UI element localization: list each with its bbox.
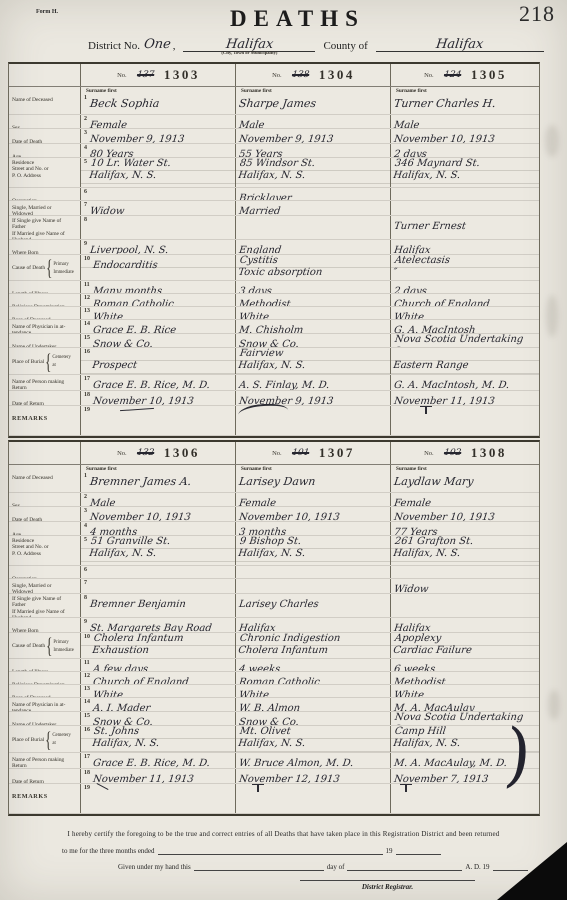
row-number: 1 [84, 472, 87, 479]
given-under-hand-line: Given under my hand this day of A. D. 19 [0, 863, 567, 871]
form-row-7: Single, Married or Widowed7WidowMarried [9, 201, 539, 216]
field-cell: 551 Granville St. Halifax, N. S. [81, 536, 236, 565]
field-cell: M. Chisholm [236, 320, 391, 333]
value-line: 2 days [394, 281, 537, 293]
handwritten-value: White [393, 312, 424, 319]
given-label: Given under my hand this [118, 863, 191, 871]
value-line: Female [239, 493, 388, 506]
form-row-6: Occupation6 [9, 566, 539, 579]
field-cell: 15Snow & Co. [81, 334, 236, 347]
record-number-row-spacer [9, 64, 81, 86]
handwritten-value: Atelectasis ″ [393, 255, 451, 279]
row-label: Name of Deceased [9, 87, 81, 114]
field-cell: A. S. Finlay, M. D. [236, 375, 391, 390]
row-number: 10 [84, 633, 90, 640]
field-cell: Halifax [391, 240, 539, 254]
record-number-cell: No.1321306 [81, 442, 236, 464]
row-label-text: Race of Deceased [12, 316, 50, 319]
handwritten-value: Married [238, 206, 281, 215]
row-number: 17 [84, 753, 90, 760]
field-cell: Mt. Olivet Halifax, N. S. [236, 726, 391, 752]
stamped-register-number: 1308 [471, 445, 507, 461]
row-number: 6 [84, 566, 87, 573]
field-cell: 77 Years [391, 522, 539, 535]
value-line: Nova Scotia Undertaking Co. [394, 334, 537, 347]
field-cell: England [236, 240, 391, 254]
county-label: County of [323, 40, 367, 52]
brace-group: PrimaryImmediate [46, 638, 74, 654]
value-line: 8 [84, 216, 233, 234]
brace-group: Cemeteryat [45, 732, 71, 748]
row-label-text: Sex [12, 124, 20, 128]
value-line: November 9, 1913 [239, 391, 388, 405]
value-line: W. B. Almon [239, 698, 388, 711]
value-line: Laydlaw Mary [394, 472, 537, 490]
register-table: No.1371303No.1381304No.1241305Name of De… [8, 62, 540, 816]
handwritten-value: 51 Granville St. Halifax, N. S. [89, 536, 171, 560]
ad-label: A. D. 19 [465, 863, 489, 871]
field-cell: Eastern Range [391, 348, 539, 374]
blank-line [347, 863, 462, 871]
row-number: 8 [84, 216, 87, 223]
field-cell: Surname firstSharpe James [236, 87, 391, 114]
row-label-text: Name of Person making Return [12, 378, 64, 390]
row-label: Date of Return [9, 769, 81, 783]
row-label: Length of Illness [9, 659, 81, 671]
value-line: 261 Grafton St. Halifax, N. S. [394, 536, 537, 561]
row-label-text: Single, Married or Widowed [12, 582, 51, 593]
value-line: 17Grace E. B. Rice, M. D. [84, 753, 233, 768]
row-label-text: REMARKS [12, 415, 48, 423]
handwritten-value: Sharpe James [238, 98, 317, 110]
form-row-13: Race of Deceased13WhiteWhiteWhite [9, 685, 539, 698]
struck-register-number: 102 [443, 448, 461, 458]
value-line: Methodist [394, 672, 537, 684]
form-row-1: Name of DeceasedSurname first1Bremner Ja… [9, 465, 539, 493]
row-label: Name of Person making Return [9, 375, 81, 390]
row-number: 6 [84, 188, 87, 195]
signature-line [300, 880, 475, 881]
field-cell: 9 Bishop St. Halifax, N. S. [236, 536, 391, 565]
blank-line [396, 847, 441, 855]
row-label: Age [9, 144, 81, 157]
struck-register-number: 132 [136, 448, 154, 458]
handwritten-value: W. Bruce Almon, M. D. [238, 758, 354, 768]
form-row-10: Cause of DeathPrimaryImmediate10Cholera … [9, 633, 539, 659]
brace-item-labels: PrimaryImmediate [53, 640, 74, 653]
field-cell: 2Male [81, 493, 236, 506]
value-line: November 10, 1913 [394, 129, 537, 143]
field-cell: Church of England [391, 294, 539, 306]
row-label: Age [9, 522, 81, 535]
field-cell: 11Many months [81, 281, 236, 293]
page-number: 218 [519, 1, 555, 27]
field-cell: 12Roman Catholic [81, 294, 236, 306]
value-line: 19 [84, 784, 233, 802]
row-label-text: Name of Undertaker [12, 343, 56, 347]
field-cell: 18November 11, 1913 [81, 769, 236, 783]
handwritten-value: Widow [89, 206, 125, 215]
row-label-text: If Single give Name of Father If Married… [12, 217, 65, 239]
field-cell: Roman Catholic [236, 672, 391, 684]
row-label: If Single give Name of Father If Married… [9, 594, 81, 617]
registrar-signature-area: District Registrar. [300, 880, 475, 891]
row-label: Single, Married or Widowed [9, 201, 81, 215]
field-cell: Cystitis Toxic absorption [236, 255, 391, 280]
value-line: Mt. Olivet Halifax, N. S. [239, 726, 388, 751]
handwritten-value: Cystitis Toxic absorption [238, 255, 325, 279]
brace-item: Primary [53, 640, 74, 645]
field-cell: Apoplexy Cardiac Failure [391, 633, 539, 658]
value-line: White [239, 685, 388, 697]
field-cell: Methodist [391, 672, 539, 684]
row-number: 18 [84, 769, 90, 776]
handwritten-value: M. A. MacAulay [393, 703, 475, 711]
struck-register-number: 137 [136, 70, 154, 80]
form-row-11: Length of Illness11A few days4 weeks6 we… [9, 659, 539, 672]
brace-group: Cemeteryat [45, 354, 71, 370]
handwritten-value: Snow & Co. [92, 717, 153, 725]
value-line: Married [239, 201, 388, 215]
blank-line [493, 863, 528, 871]
value-line: Apoplexy Cardiac Failure [394, 633, 537, 658]
row-label: Race of Deceased [9, 307, 81, 319]
handwritten-value: Endocarditis [92, 260, 158, 272]
value-line: 7Widow [84, 201, 233, 215]
field-cell: 14Grace E. B. Rice [81, 320, 236, 333]
handwritten-value: St. Johns Halifax, N. S. [92, 726, 162, 750]
record-number-row: No.1321306No.1011307No.1021308 [9, 442, 539, 465]
row-label: Length of Illness [9, 281, 81, 293]
handwritten-value: England [238, 245, 282, 254]
field-cell: 8 [81, 216, 236, 239]
brace-group: PrimaryImmediate [46, 260, 74, 276]
row-number: 14 [84, 320, 90, 327]
field-cell: Bricklayer [236, 188, 391, 200]
field-cell: White [391, 307, 539, 319]
row-number: 2 [84, 493, 87, 500]
handwritten-value: Church of England [92, 677, 189, 684]
field-cell: Larisey Charles [236, 594, 391, 617]
value-line: 9 Bishop St. Halifax, N. S. [239, 536, 388, 561]
value-line: 11Many months [84, 281, 233, 293]
form-row-7: Single, Married or Widowed7Widow [9, 579, 539, 594]
handwritten-value: Male [238, 120, 265, 128]
value-line: 11A few days [84, 659, 233, 671]
stamped-register-number: 1307 [319, 445, 355, 461]
field-cell: 18November 10, 1913 [81, 391, 236, 405]
field-cell: 3 days [236, 281, 391, 293]
field-cell: November 10, 1913 [236, 507, 391, 521]
brace-icon [45, 726, 51, 752]
value-line: A. S. Finlay, M. D. [239, 375, 388, 390]
district-label: District No. [88, 40, 140, 52]
handwritten-value: 80 Years [89, 149, 134, 157]
handwritten-value: Female [89, 120, 127, 128]
field-cell: Snow & Co. [236, 712, 391, 725]
handwritten-value: 261 Grafton St. Halifax, N. S. [393, 536, 474, 560]
row-label-text: Name of Physician in at- tendance [12, 701, 65, 711]
value-line: White [394, 685, 537, 697]
value-line: Widow [394, 579, 537, 593]
value-line: 14A. I. Mader [84, 698, 233, 711]
value-line: 510 Lr. Water St. Halifax, N. S. [84, 158, 233, 183]
value-line: November 11, 1913 [394, 391, 537, 405]
brace-item: Immediate [53, 270, 74, 275]
handwritten-value: November 10, 1913 [89, 512, 191, 521]
handwritten-value: Roman Catholic [92, 299, 174, 306]
field-cell: 7Widow [81, 201, 236, 215]
value-line: G. A. MacIntosh, M. D. [394, 375, 537, 390]
certification-text: I hereby certify the foregoing to be the… [0, 830, 567, 838]
day-of-label: day of [327, 863, 345, 871]
value-line: Eastern Range [394, 348, 537, 373]
value-line: 3November 10, 1913 [84, 507, 233, 521]
row-label: Religious Denomination [9, 294, 81, 306]
handwritten-value: Apoplexy Cardiac Failure [393, 633, 474, 657]
deaths-block-1: No.1371303No.1381304No.1241305Name of De… [8, 62, 540, 438]
value-line [394, 188, 537, 200]
value-line: Halifax [394, 240, 537, 254]
field-cell: Married [236, 201, 391, 215]
row-label: REMARKS [9, 784, 81, 813]
county-blank-line: Halifax [376, 38, 544, 52]
field-cell [391, 201, 539, 215]
handwritten-value: Grace E. B. Rice, M. D. [92, 758, 210, 768]
row-label: Race of Deceased [9, 685, 81, 697]
handwritten-value: Liverpool, N. S. [89, 245, 169, 254]
row-label-text: Residence Street and No. or P. O. Addres… [12, 159, 49, 179]
row-label-text: Where Born [12, 627, 39, 632]
handwritten-value: 85 Windsor St. Halifax, N. S. [238, 158, 316, 182]
field-cell: Fairview Halifax, N. S. [236, 348, 391, 374]
field-cell: Widow [391, 579, 539, 593]
form-row-10: Cause of DeathPrimaryImmediate10Endocard… [9, 255, 539, 281]
field-cell: White [391, 685, 539, 697]
value-line: 10Endocarditis [84, 255, 233, 273]
row-label-text: Place of Burial [12, 736, 44, 743]
field-cell [391, 566, 539, 578]
brace-item: at [52, 741, 71, 746]
row-number: 15 [84, 334, 90, 341]
form-row-19: REMARKS19 [9, 784, 539, 814]
handwritten-value: November 7, 1913 [393, 774, 489, 783]
handwritten-value: White [238, 690, 269, 697]
brace-item: Cemetery [52, 355, 71, 360]
municipality-note: (City, Town or Municipality) [183, 51, 315, 56]
field-cell [236, 579, 391, 593]
handwritten-value: Many months [92, 286, 162, 293]
handwritten-value: Eastern Range [393, 348, 471, 372]
handwritten-value: 346 Maynard St. Halifax, N. S. [393, 158, 481, 182]
stamped-register-number: 1306 [164, 445, 200, 461]
handwritten-value: W. B. Almon [238, 703, 300, 711]
value-line: 7 [84, 579, 233, 593]
value-line: England [239, 240, 388, 254]
form-row-11: Length of Illness11Many months3 days2 da… [9, 281, 539, 294]
no-label: No. [424, 450, 434, 457]
field-cell: Snow & Co. [236, 334, 391, 347]
handwritten-value: White [238, 312, 269, 319]
row-label: REMARKS [9, 406, 81, 435]
row-number: 5 [84, 536, 87, 543]
handwritten-value: Snow & Co. [238, 717, 299, 725]
value-line: 1Bremner James A. [84, 472, 233, 490]
value-line: 346 Maynard St. Halifax, N. S. [394, 158, 537, 183]
value-line: 18November 10, 1913 [84, 391, 233, 405]
field-cell [391, 188, 539, 200]
record-number-cell: No.1381304 [236, 64, 391, 86]
field-cell: Atelectasis ″ [391, 255, 539, 280]
row-label-text: Cause of Death [12, 642, 45, 649]
value-line: 2Female [84, 115, 233, 128]
field-cell: 346 Maynard St. Halifax, N. S. [391, 158, 539, 187]
form-row-17: Name of Person making Return17Grace E. B… [9, 753, 539, 769]
field-cell: White [236, 307, 391, 319]
value-line: Turner Charles H. [394, 94, 537, 112]
value-line: White [394, 307, 537, 319]
handwritten-value: Turner Ernest [393, 221, 466, 233]
handwritten-value: Bremner James A. [89, 476, 192, 488]
value-line: Methodist [239, 294, 388, 306]
row-number: 4 [84, 144, 87, 151]
row-label: Religious Denomination [9, 672, 81, 684]
field-cell: 6 [81, 188, 236, 200]
row-number: 9 [84, 618, 87, 625]
blank-line [194, 863, 324, 871]
handwritten-value: November 10, 1913 [393, 512, 495, 521]
handwritten-value: Male [89, 498, 116, 506]
row-label: Single, Married or Widowed [9, 579, 81, 593]
value-line: 18November 11, 1913 [84, 769, 233, 783]
row-label-text: Race of Deceased [12, 694, 50, 697]
value-line: Snow & Co. [239, 712, 388, 725]
value-line: 480 Years [84, 144, 233, 157]
value-line: 12Roman Catholic [84, 294, 233, 306]
record-number-row: No.1371303No.1381304No.1241305 [9, 64, 539, 87]
row-label: Occupation [9, 566, 81, 578]
field-cell: 261 Grafton St. Halifax, N. S. [391, 536, 539, 565]
handwritten-value: 2 days [393, 286, 427, 293]
value-line [394, 406, 537, 424]
handwritten-value: Roman Catholic [238, 677, 320, 684]
row-number: 7 [84, 201, 87, 208]
value-line: 13White [84, 685, 233, 697]
value-line: 19 [84, 406, 233, 424]
field-cell: Surname firstLaydlaw Mary [391, 465, 539, 492]
field-cell: November 9, 1913 [236, 129, 391, 143]
handwritten-value: Halifax [238, 623, 276, 632]
handwritten-value: 9 Bishop St. Halifax, N. S. [238, 536, 308, 560]
form-row-9: Where Born9St. Margarets Bay RoadHalifax… [9, 618, 539, 633]
field-cell: November 10, 1913 [391, 129, 539, 143]
form-row-12: Religious Denomination12Church of Englan… [9, 672, 539, 685]
value-line: 1Beck Sophia [84, 94, 233, 112]
row-label: Place of BurialCemeteryat [9, 726, 81, 752]
value-line: 55 Years [239, 144, 388, 157]
district-comma: , [173, 40, 176, 52]
row-label-text: Residence Street and No. or P. O. Addres… [12, 537, 49, 557]
value-line: 6 [84, 566, 233, 578]
row-label: Sex [9, 115, 81, 128]
value-line: Church of England [394, 294, 537, 306]
form-row-4: Age44 months3 months77 Years [9, 522, 539, 536]
handwritten-value: M. Chisholm [238, 325, 304, 333]
form-row-17: Name of Person making Return17Grace E. B… [9, 375, 539, 391]
field-cell: Female [236, 493, 391, 506]
handwritten-value: A few days [92, 664, 148, 671]
field-cell: 3November 10, 1913 [81, 507, 236, 521]
scan-smudge [545, 125, 559, 157]
brace-item-labels: Cemeteryat [52, 355, 71, 368]
brace-item: at [52, 363, 71, 368]
field-cell: 4 weeks [236, 659, 391, 671]
row-number: 11 [84, 281, 90, 288]
row-label: Name of Person making Return [9, 753, 81, 768]
value-line [394, 566, 537, 578]
row-number: 3 [84, 129, 87, 136]
record-number-cell: No.1011307 [236, 442, 391, 464]
record-number-cell: No.1371303 [81, 64, 236, 86]
field-cell: 11A few days [81, 659, 236, 671]
value-line: 9St. Margarets Bay Road [84, 618, 233, 632]
value-line [239, 579, 388, 593]
value-line: 2 days [394, 144, 537, 157]
value-line: Male [394, 115, 537, 128]
value-line: 3November 9, 1913 [84, 129, 233, 143]
field-cell: Nova Scotia Undertaking Co. [391, 334, 539, 347]
handwritten-value: Larisey Dawn [238, 476, 316, 488]
handwritten-value: Halifax [393, 245, 431, 254]
value-line: Bricklayer [239, 188, 388, 200]
brace-icon [46, 255, 52, 280]
field-cell: 55 Years [236, 144, 391, 157]
handwritten-value: Camp Hill Halifax, N. S. [393, 726, 463, 750]
value-line: November 10, 1913 [394, 507, 537, 521]
field-cell: W. B. Almon [236, 698, 391, 711]
handwritten-value: Mt. Olivet Halifax, N. S. [238, 726, 308, 750]
value-line: 6 weeks [394, 659, 537, 671]
form-row-9: Where Born9Liverpool, N. S.EnglandHalifa… [9, 240, 539, 255]
value-line: Male [239, 115, 388, 128]
row-label-text: Name of Deceased [12, 96, 53, 103]
row-number: 18 [84, 391, 90, 398]
field-cell: Male [391, 115, 539, 128]
row-number: 5 [84, 158, 87, 165]
field-cell: 16St. Johns Halifax, N. S. [81, 726, 236, 752]
row-label-text: Name of Deceased [12, 474, 53, 481]
field-cell: Surname firstTurner Charles H. [391, 87, 539, 114]
brace-item: Primary [53, 262, 74, 267]
handwritten-value: Methodist [393, 677, 446, 684]
handwritten-value: Beck Sophia [89, 98, 160, 110]
row-label: Date of Death [9, 129, 81, 143]
row-number: 16 [84, 726, 90, 733]
row-number: 3 [84, 507, 87, 514]
no-label: No. [117, 72, 127, 79]
value-line [239, 566, 388, 578]
handwritten-value: 3 days [238, 286, 272, 293]
field-cell: 16 Prospect [81, 348, 236, 374]
field-cell: 480 Years [81, 144, 236, 157]
handwritten-value: November 11, 1913 [393, 396, 495, 405]
value-line: 16 Prospect [84, 348, 233, 373]
value-line: 2Male [84, 493, 233, 506]
row-label-text: Date of Death [12, 516, 42, 521]
value-line: Cystitis Toxic absorption [239, 255, 388, 280]
handwritten-value: Male [393, 120, 420, 128]
field-cell: 17Grace E. B. Rice, M. D. [81, 375, 236, 390]
